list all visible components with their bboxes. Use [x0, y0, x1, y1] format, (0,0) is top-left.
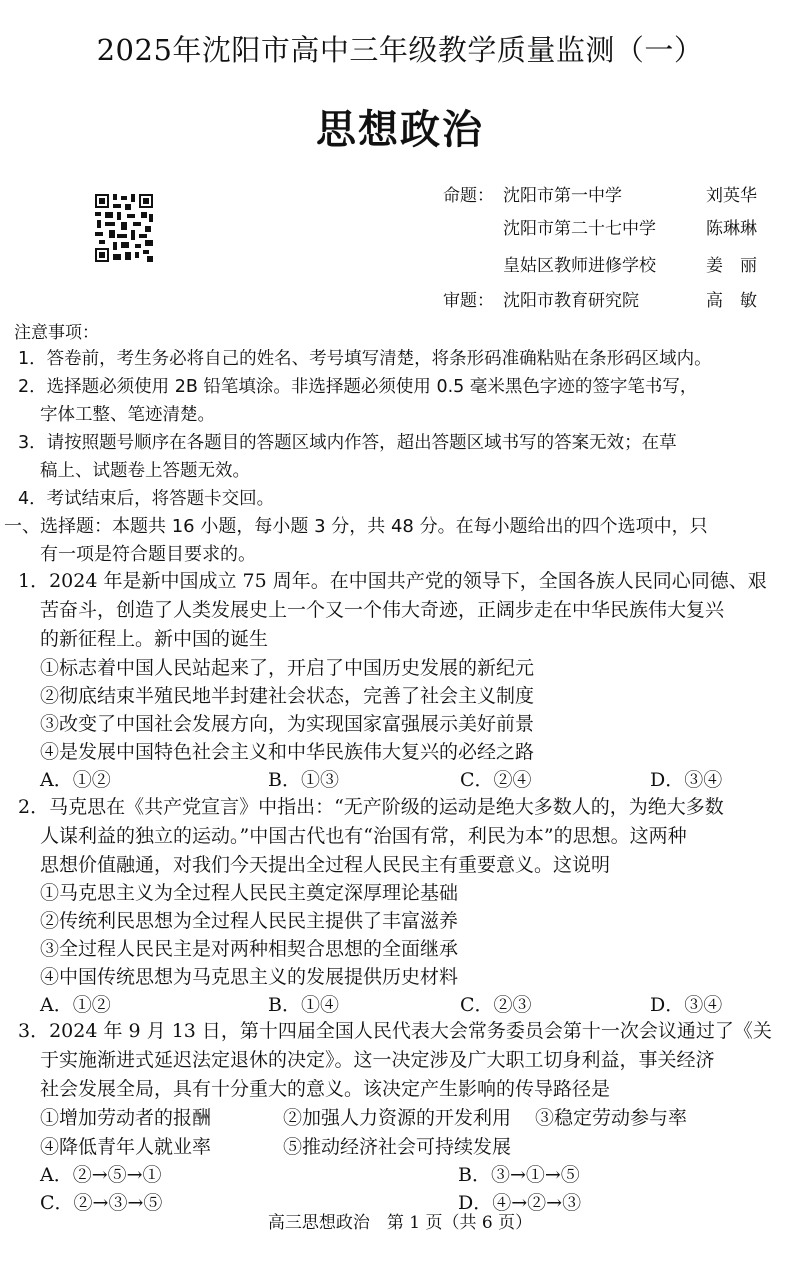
statement: ③改变了中国社会发展方向，为实现国家富强展示美好前景	[40, 711, 534, 737]
stem-line: 于实施渐进式延迟法定退休的决定》。这一决定涉及广大职工切身利益，事关经济	[40, 1047, 715, 1073]
note-text: 考试结束后，将答题卡交回。	[47, 489, 275, 509]
exam-title: 2025年沈阳市高中三年级教学质量监测（一）	[0, 28, 800, 69]
option-d: D．③④	[650, 992, 722, 1018]
question-number: 3．	[18, 1020, 49, 1042]
credit-org: 沈阳市第一中学	[503, 181, 622, 206]
section-text: 选择题：本题共 16 小题，每小题 3 分，共 48 分。在每小题给出的四个选项…	[40, 516, 708, 537]
stem-line: 人谋利益的独立的运动。”中国古代也有“治国有常，利民为本”的思想。这两种	[40, 823, 687, 849]
statement: ②彻底结束半殖民地半封建社会状态，完善了社会主义制度	[40, 683, 534, 709]
credit-row: 沈阳市第二十七中学 陈琳琳	[443, 214, 783, 238]
question-stem: 3．2024 年 9 月 13 日，第十四届全国人民代表大会常务委员会第十一次会…	[18, 1018, 772, 1044]
credit-org: 沈阳市教育研究院	[503, 286, 639, 311]
option-b: B．③→①→⑤	[458, 1162, 580, 1188]
credit-row: 命题： 沈阳市第一中学 刘英华	[443, 181, 783, 205]
question-stem: 2．马克思在《共产党宣言》中指出：“无产阶级的运动是绝大多数人的，为绝大多数	[18, 794, 724, 820]
credit-org: 皇姑区教师进修学校	[503, 251, 656, 276]
credit-row: 皇姑区教师进修学校 姜 丽	[443, 251, 783, 275]
note-number: 1．	[18, 349, 47, 369]
stem-line: 苦奋斗，创造了人类发展史上一个又一个伟大奇迹，正阔步走在中华民族伟大复兴	[40, 597, 724, 623]
option-a: A．①②	[40, 767, 111, 793]
option-b: B．①④	[268, 992, 339, 1018]
note-text: 选择题必须使用 2B 铅笔填涂。非选择题必须使用 0.5 毫米黑色字迹的签字笔书…	[47, 377, 698, 397]
credit-person: 姜 丽	[706, 251, 757, 276]
option-a: A．②→⑤→①	[40, 1162, 162, 1188]
page-footer: 高三思想政治 第 1 页（共 6 页）	[0, 1208, 800, 1233]
option-b: B．①③	[268, 767, 339, 793]
note-text: 稿上、试题卷上答题无效。	[40, 458, 250, 484]
option-c: C．②③	[460, 992, 532, 1018]
stem-line: 2024 年 9 月 13 日，第十四届全国人民代表大会常务委员会第十一次会议通…	[49, 1020, 772, 1042]
question-number: 2．	[18, 796, 49, 818]
note-item: 1．答卷前，考生务必将自己的姓名、考号填写清楚，将条形码准确粘贴在条形码区域内。	[18, 346, 712, 372]
credit-person: 陈琳琳	[706, 214, 757, 239]
stem-line: 的新征程上。新中国的诞生	[40, 626, 268, 652]
statement: ①马克思主义为全过程人民民主奠定深厚理论基础	[40, 880, 458, 906]
note-text: 答卷前，考生务必将自己的姓名、考号填写清楚，将条形码准确粘贴在条形码区域内。	[47, 349, 712, 369]
section-heading: 一、选择题：本题共 16 小题，每小题 3 分，共 48 分。在每小题给出的四个…	[4, 514, 708, 540]
subject-title: 思想政治	[0, 98, 800, 155]
statement: ④是发展中国特色社会主义和中华民族伟大复兴的必经之路	[40, 739, 534, 765]
note-item: 2．选择题必须使用 2B 铅笔填涂。非选择题必须使用 0.5 毫米黑色字迹的签字…	[18, 374, 697, 400]
credit-org: 沈阳市第二十七中学	[503, 214, 656, 239]
question-number: 1．	[18, 570, 49, 592]
section-text: 有一项是符合题目要求的。	[40, 542, 256, 568]
statement: ①增加劳动者的报酬	[40, 1105, 211, 1131]
stem-line: 马克思在《共产党宣言》中指出：“无产阶级的运动是绝大多数人的，为绝大多数	[49, 796, 724, 818]
statement: ②加强人力资源的开发利用	[283, 1105, 511, 1131]
statement: ⑤推动经济社会可持续发展	[283, 1134, 511, 1160]
credit-role: 审题：	[443, 286, 494, 311]
stem-line: 思想价值融通，对我们今天提出全过程人民民主有重要意义。这说明	[40, 852, 610, 878]
credit-person: 刘英华	[706, 181, 757, 206]
notes-heading: 注意事项：	[14, 320, 99, 346]
note-text: 字体工整、笔迹清楚。	[40, 402, 215, 428]
statement: ④降低青年人就业率	[40, 1134, 211, 1160]
note-item: 3．请按照题号顺序在各题目的答题区域内作答，超出答题区域书写的答案无效；在草	[18, 430, 677, 456]
note-text: 请按照题号顺序在各题目的答题区域内作答，超出答题区域书写的答案无效；在草	[47, 433, 677, 453]
statement: ④中国传统思想为马克思主义的发展提供历史材料	[40, 964, 458, 990]
stem-line: 2024 年是新中国成立 75 周年。在中国共产党的领导下，全国各族人民同心同德…	[49, 570, 767, 592]
section-number: 一、	[4, 516, 40, 537]
note-number: 4．	[18, 489, 47, 509]
option-d: D．③④	[650, 767, 722, 793]
credit-row: 审题： 沈阳市教育研究院 高 敏	[443, 286, 783, 310]
qr-code-icon	[93, 192, 155, 264]
statement: ①标志着中国人民站起来了，开启了中国历史发展的新纪元	[40, 655, 534, 681]
note-number: 3．	[18, 433, 47, 453]
statement: ③全过程人民民主是对两种相契合思想的全面继承	[40, 936, 458, 962]
stem-line: 社会发展全局，具有十分重大的意义。该决定产生影响的传导路径是	[40, 1076, 610, 1102]
statement: ③稳定劳动参与率	[535, 1105, 687, 1131]
note-number: 2．	[18, 377, 47, 397]
credit-person: 高 敏	[706, 286, 757, 311]
credit-role: 命题：	[443, 181, 494, 206]
note-item: 4．考试结束后，将答题卡交回。	[18, 486, 274, 512]
option-a: A．①②	[40, 992, 111, 1018]
statement: ②传统利民思想为全过程人民民主提供了丰富滋养	[40, 908, 458, 934]
question-stem: 1．2024 年是新中国成立 75 周年。在中国共产党的领导下，全国各族人民同心…	[18, 568, 767, 594]
option-c: C．②④	[460, 767, 532, 793]
